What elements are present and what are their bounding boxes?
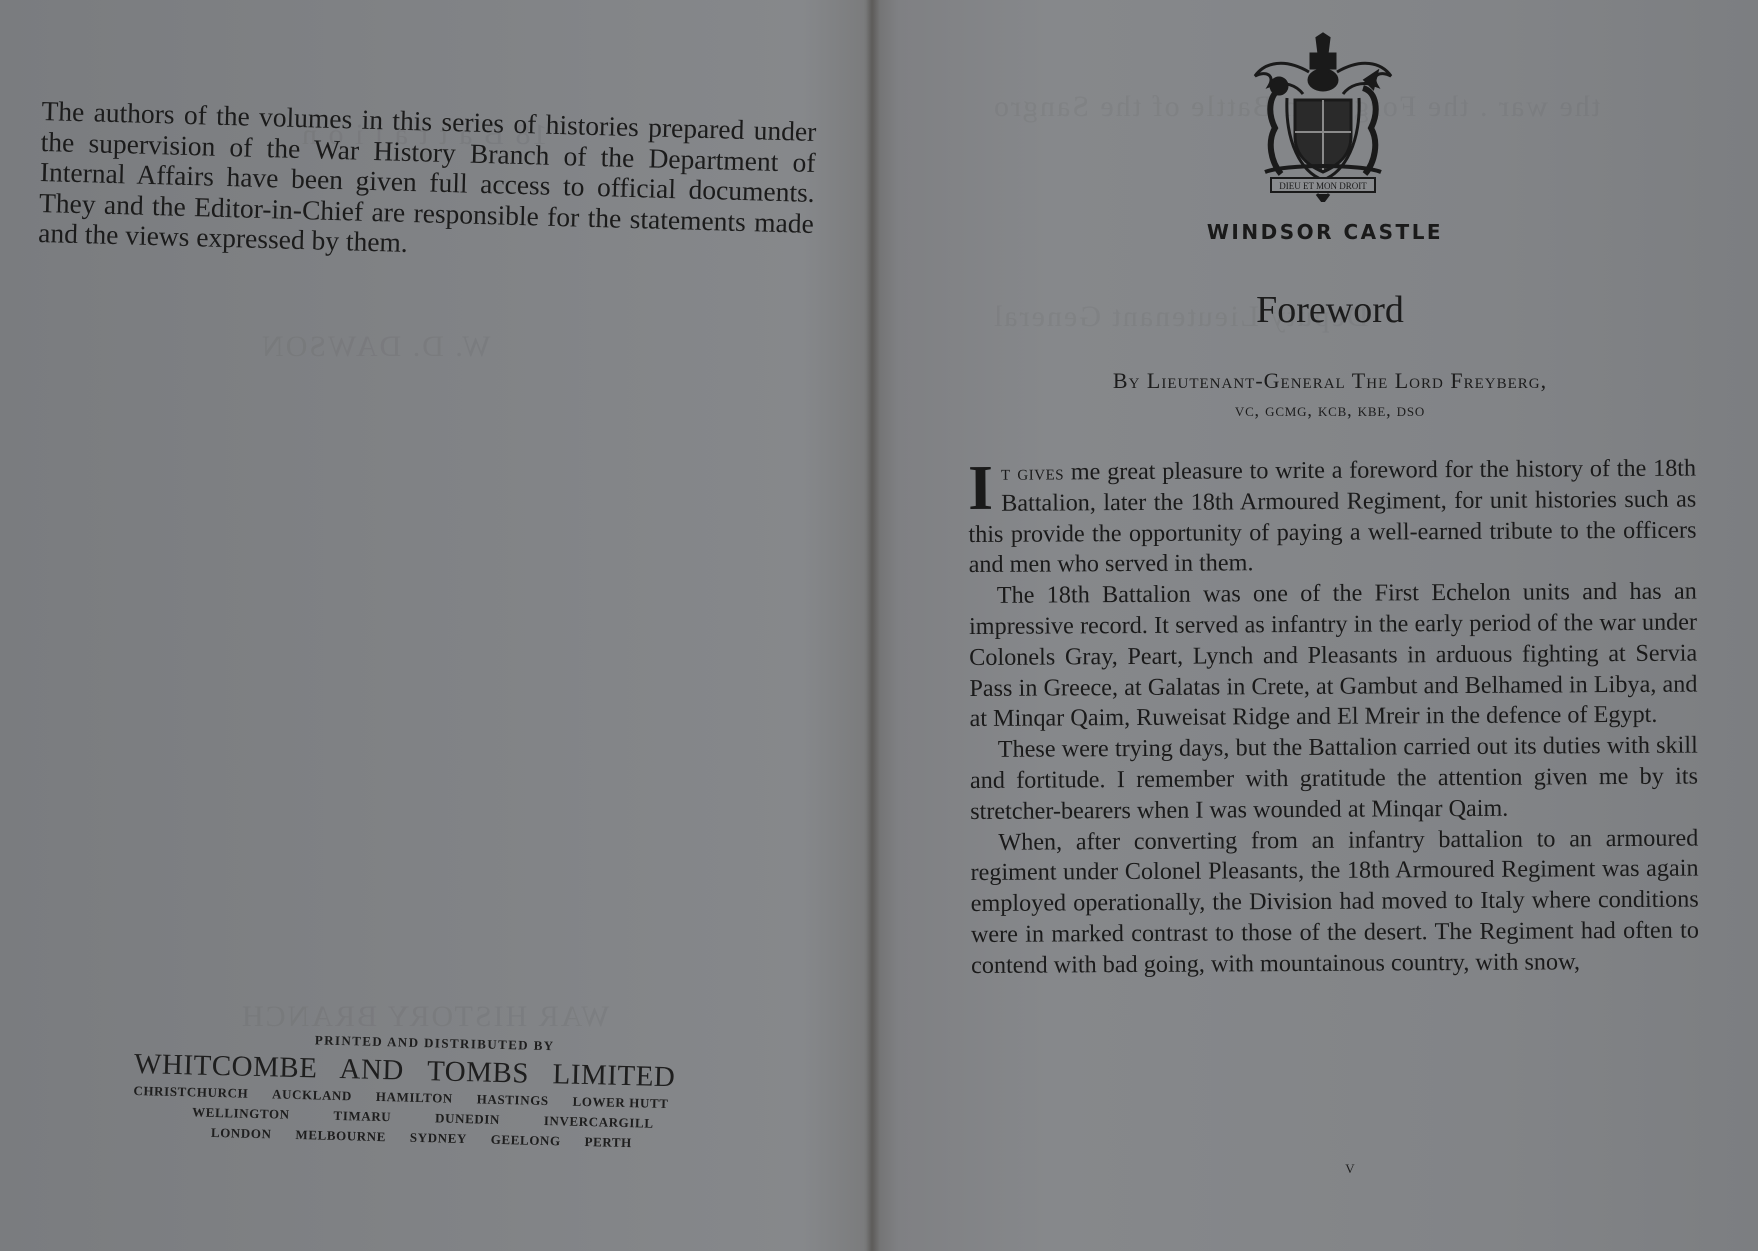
open-book-spread: 18 B a t t a l i o n W. D. DAWSON WAR HI… (0, 0, 1758, 1251)
drop-cap: I (968, 462, 993, 514)
paragraph-2: The 18th Battalion was one of the First … (969, 577, 1698, 735)
printer-imprint: PRINTED AND DISTRIBUTED BY WHITCOMBE AND… (132, 1028, 695, 1155)
city: INVERCARGILL (544, 1113, 654, 1131)
city: TIMARU (333, 1108, 391, 1124)
city: GEELONG (491, 1132, 561, 1149)
page-number: v (1340, 1157, 1360, 1178)
show-through-ghost: WAR HISTORY BRANCH (240, 1000, 609, 1034)
lead-in-smallcaps: t gives (1001, 459, 1064, 484)
city: DUNEDIN (435, 1110, 500, 1127)
city: AUCKLAND (272, 1086, 352, 1103)
authors-notice-text: The authors of the volumes in this serie… (38, 96, 817, 269)
city: HAMILTON (376, 1089, 453, 1106)
letterhead: WINDSOR CASTLE (1190, 220, 1460, 244)
paragraph-4: When, after converting from an infantry … (970, 823, 1699, 981)
city: HASTINGS (477, 1091, 549, 1108)
book-gutter (866, 0, 880, 1251)
royal-coat-of-arms-icon: DIEU ET MON DROIT (1245, 32, 1400, 202)
byline: By Lieutenant-General The Lord Freyberg,… (1020, 368, 1640, 421)
city: LONDON (211, 1125, 272, 1141)
crest-motto: DIEU ET MON DROIT (1279, 181, 1367, 191)
byline-name: By Lieutenant-General The Lord Freyberg, (1113, 368, 1547, 393)
show-through-ghost: W. D. DAWSON (260, 330, 490, 364)
city: PERTH (584, 1134, 632, 1150)
byline-honours: VC, GCMG, KCB, KBE, DSO (1020, 400, 1640, 421)
city: MELBOURNE (295, 1127, 386, 1144)
foreword-body: It gives me great pleasure to write a fo… (968, 454, 1699, 982)
paragraph-1-text: me great pleasure to write a foreword fo… (968, 455, 1696, 579)
authors-notice: The authors of the volumes in this serie… (38, 96, 817, 269)
paragraph-1: It gives me great pleasure to write a fo… (968, 454, 1697, 582)
page-title: Foreword (1120, 288, 1540, 332)
city: LOWER HUTT (572, 1094, 668, 1111)
city: SYDNEY (410, 1130, 467, 1146)
city: CHRISTCHURCH (133, 1083, 248, 1101)
city: WELLINGTON (192, 1104, 290, 1121)
left-page: 18 B a t t a l i o n W. D. DAWSON WAR HI… (0, 0, 872, 1251)
paragraph-3: These were trying days, but the Battalio… (970, 731, 1699, 828)
